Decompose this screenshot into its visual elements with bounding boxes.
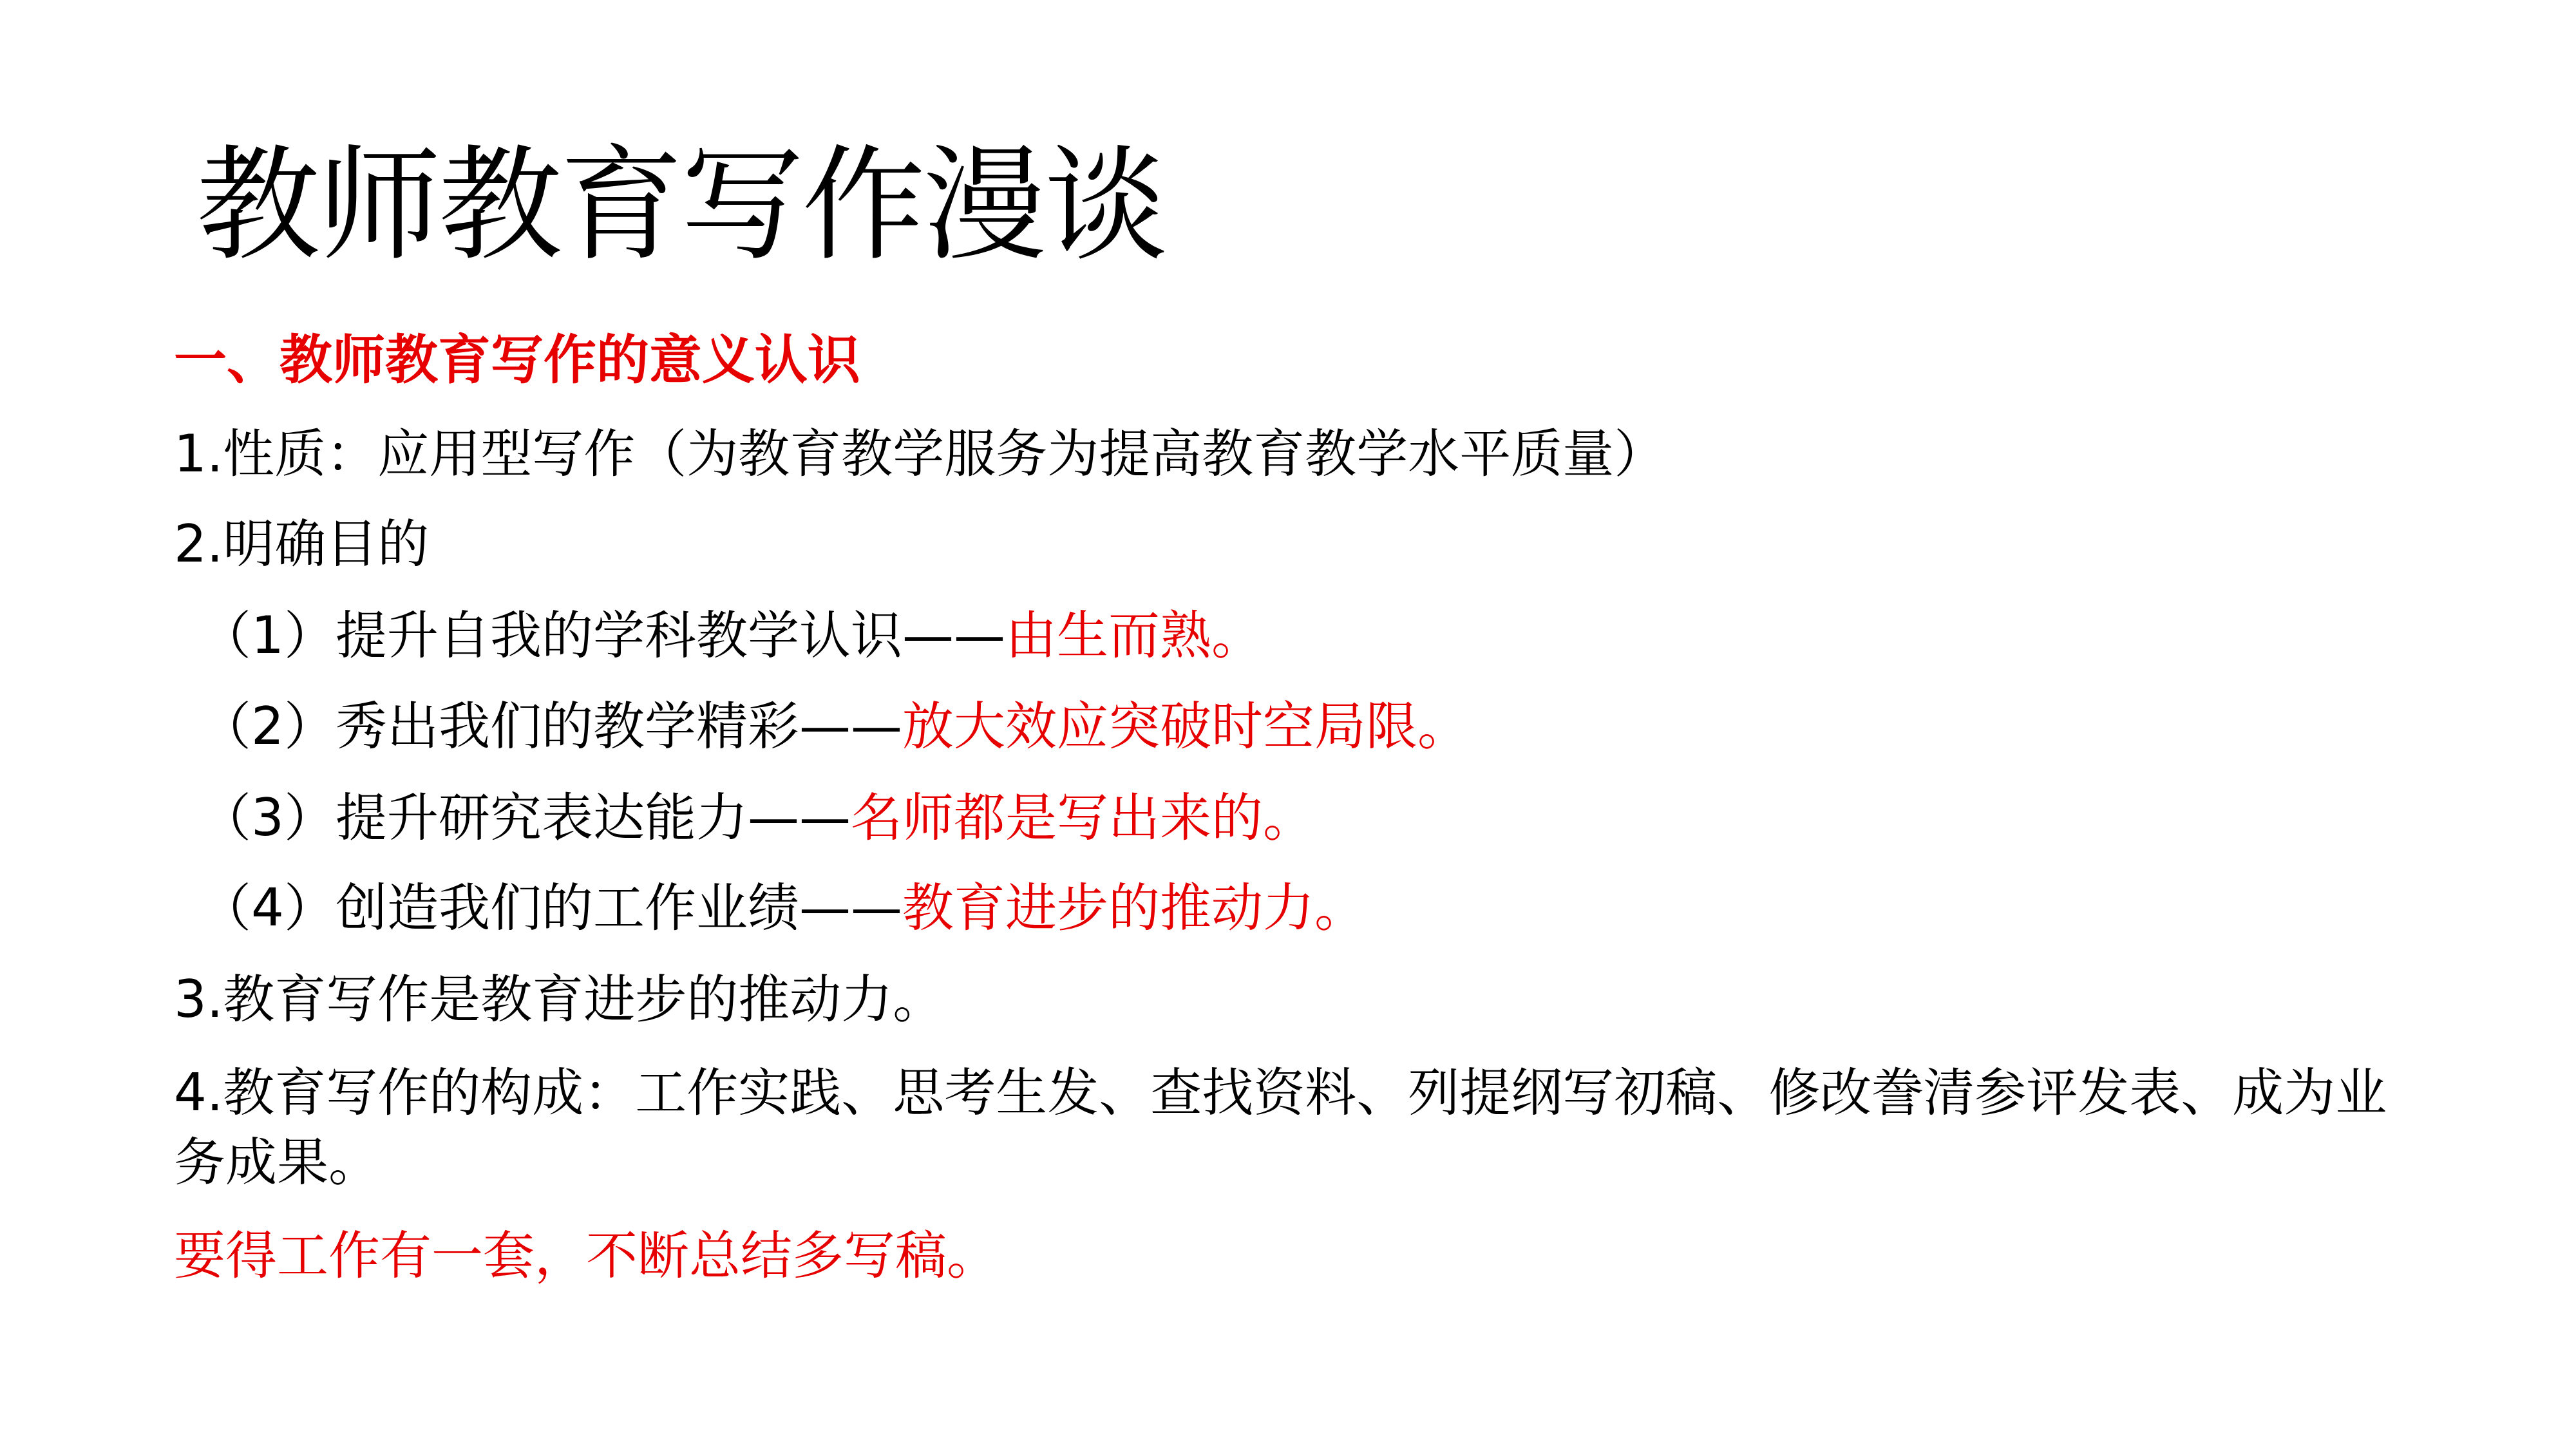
purpose-item-3-prefix: （3）提升研究表达能力—— <box>200 788 851 848</box>
point-driving-force: 3.教育写作是教育进步的推动力。 <box>174 967 944 1032</box>
slide-title: 教师教育写作漫谈 <box>196 132 1165 280</box>
section-heading: 一、教师教育写作的意义认识 <box>174 328 860 393</box>
purpose-item-2: （2）秀出我们的教学精彩——放大效应突破时空局限。 <box>200 694 1469 759</box>
slide: 教师教育写作漫谈 一、教师教育写作的意义认识 1.性质：应用型写作（为教育教学服… <box>0 0 2576 1449</box>
purpose-item-3: （3）提升研究表达能力——名师都是写出来的。 <box>200 786 1314 850</box>
purpose-item-4: （4）创造我们的工作业绩——教育进步的推动力。 <box>200 876 1366 940</box>
purpose-item-3-highlight: 名师都是写出来的。 <box>851 788 1314 848</box>
purpose-item-2-highlight: 放大效应突破时空局限。 <box>902 696 1469 756</box>
point-composition: 4.教育写作的构成：工作实践、思考生发、查找资料、列提纲写初稿、修改誊清参评发表… <box>174 1058 2396 1197</box>
conclusion-slogan: 要得工作有一套，不断总结多写稿。 <box>174 1224 998 1288</box>
purpose-item-4-highlight: 教育进步的推动力。 <box>902 878 1366 938</box>
purpose-item-1-prefix: （1）提升自我的学科教学认识—— <box>200 605 1005 665</box>
point-purpose: 2.明确目的 <box>174 512 429 576</box>
purpose-item-4-prefix: （4）创造我们的工作业绩—— <box>200 878 902 938</box>
point-nature: 1.性质：应用型写作（为教育教学服务为提高教育教学水平质量） <box>174 422 1665 486</box>
purpose-item-1: （1）提升自我的学科教学认识——由生而熟。 <box>200 603 1263 668</box>
purpose-item-2-prefix: （2）秀出我们的教学精彩—— <box>200 696 902 756</box>
purpose-item-1-highlight: 由生而熟。 <box>1005 605 1263 665</box>
